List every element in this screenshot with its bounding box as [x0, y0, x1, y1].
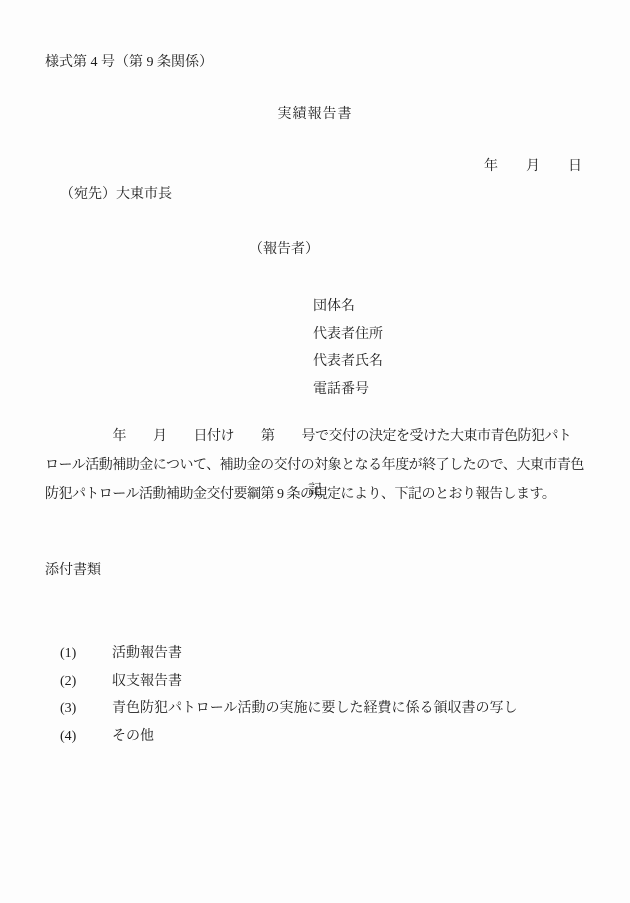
reporter-field: 団体名: [313, 297, 383, 325]
attachment-item: (3) 青色防犯パトロール活動の実施に要した経費に係る領収書の写し: [60, 695, 517, 723]
reporter-field: 代表者住所: [313, 325, 383, 353]
addressee-line: （宛先）大東市長: [60, 185, 172, 204]
attachments-list: (1) 活動報告書 (2) 収支報告書 (3) 青色防犯パトロール活動の実施に要…: [60, 583, 517, 750]
form-number: 様式第 4 号（第 9 条関係）: [45, 53, 213, 72]
attachment-item-number: (3): [60, 695, 112, 723]
attachment-item-text: 青色防犯パトロール活動の実施に要した経費に係る領収書の写し: [112, 695, 517, 723]
record-mark: 記: [0, 481, 630, 500]
attachments-heading: 添付書類: [45, 561, 101, 580]
attachment-item-text: 収支報告書: [112, 668, 182, 696]
attachment-item-number: (1): [60, 640, 112, 668]
document-title: 実績報告書: [0, 105, 630, 124]
attachment-item: (1) 活動報告書: [60, 640, 517, 668]
attachment-item-number: (2): [60, 668, 112, 696]
body-line: 年 月 日付け 第 号で交付の決定を受けた大東市青色防犯パト: [45, 423, 605, 452]
attachment-item: (4) その他: [60, 723, 517, 751]
date-line: 年 月 日: [484, 157, 582, 176]
attachment-item-text: その他: [112, 723, 154, 751]
attachment-item-text: 活動報告書: [112, 640, 182, 668]
attachment-item: (2) 収支報告書: [60, 668, 517, 696]
reporter-label: （報告者）: [249, 240, 319, 259]
document-page: 様式第 4 号（第 9 条関係） 実績報告書 年 月 日 （宛先）大東市長 （報…: [0, 0, 630, 903]
body-line: ロール活動補助金について、補助金の交付の対象となる年度が終了したので、大東市青色: [45, 452, 605, 481]
attachment-item-number: (4): [60, 723, 112, 751]
